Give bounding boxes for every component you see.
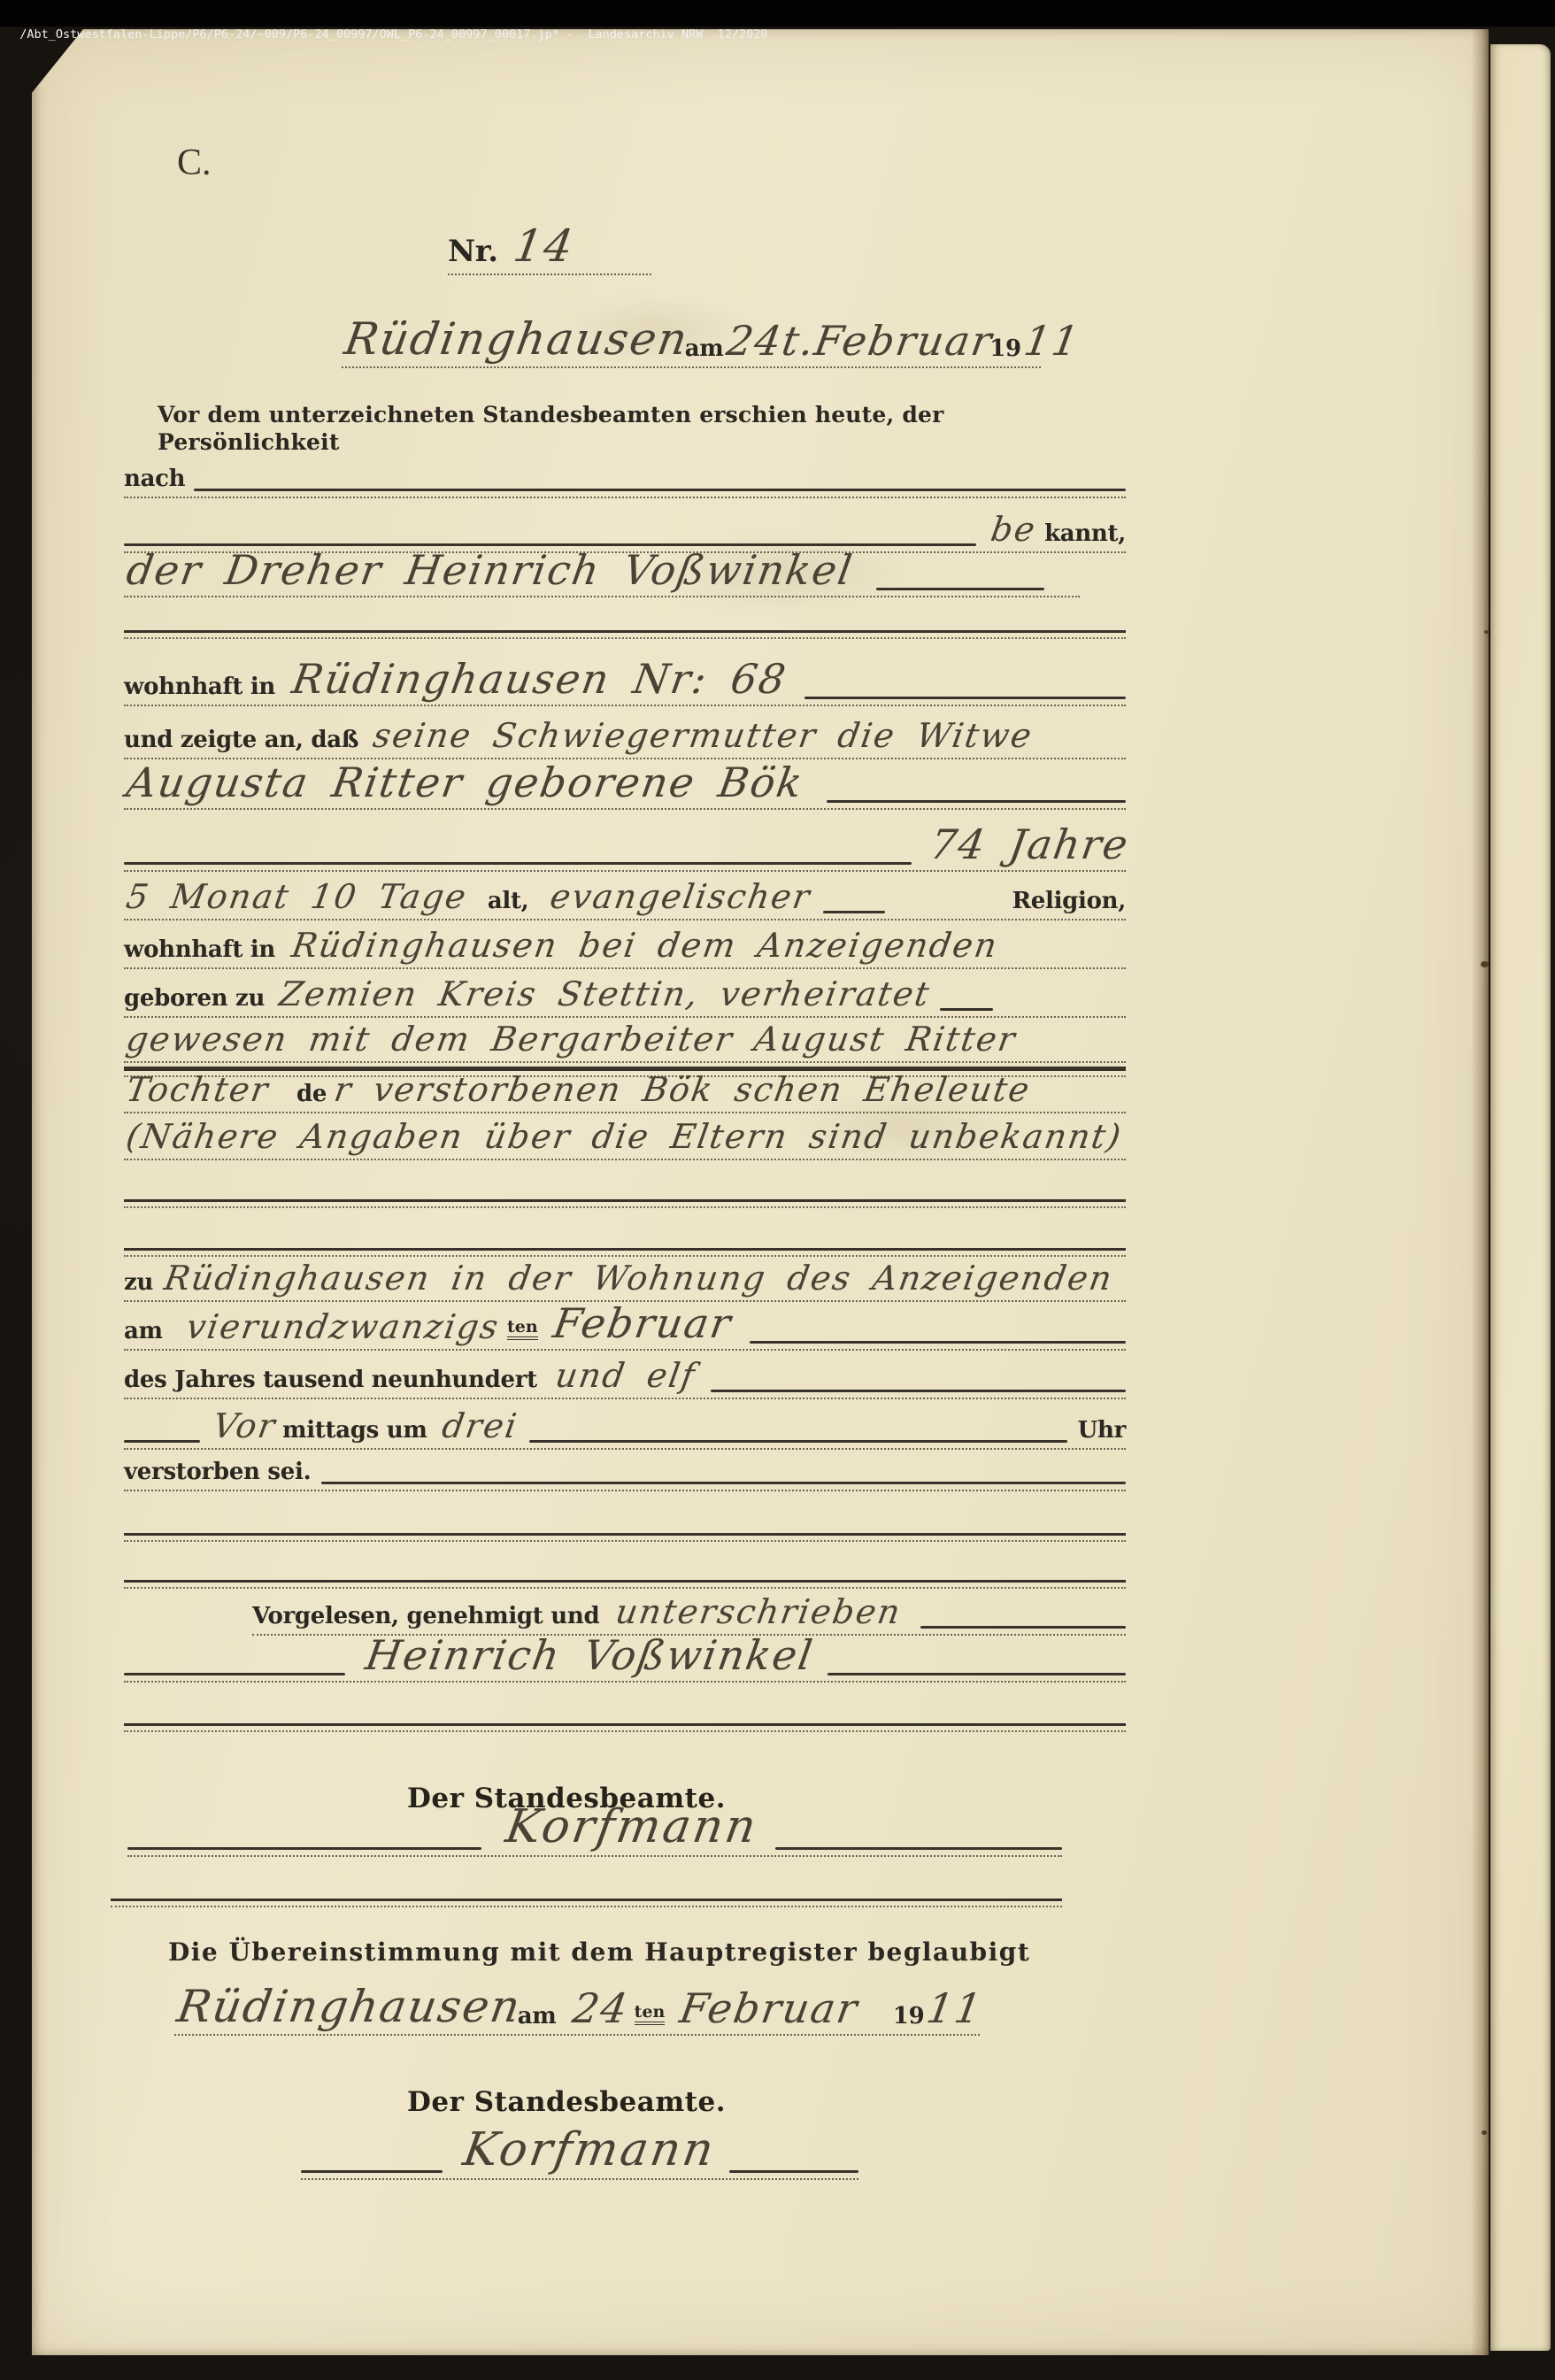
place-date-row: Rüdinghausen am 24t. Februar 19 11 — [342, 290, 1041, 361]
document-page: C. Nr. 14 Rüdinghausen am 24t. Februar 1… — [32, 29, 1489, 2355]
registrar-signature: Korfmann — [503, 1804, 761, 1850]
blank-rule-line — [124, 1533, 1126, 1536]
archive-viewer: { "titlebar": { "text": "/Abt_Ostwestfal… — [0, 0, 1555, 2380]
blank-rule-line — [124, 1199, 1126, 1202]
registrar-signature-bottom: Korfmann — [460, 2127, 719, 2173]
month-value: Februar — [812, 320, 996, 361]
rule-line — [876, 588, 1044, 590]
nach-label: nach — [124, 467, 185, 491]
paper-speck — [1482, 2130, 1487, 2135]
blank-rule-line — [124, 1723, 1126, 1726]
field-death-year-row: des Jahres tausend neunhundert und elf — [124, 1336, 1126, 1392]
declarant-name: der Dreher Heinrich Voßwinkel — [124, 550, 856, 590]
year-handwritten: 11 — [924, 1988, 986, 2029]
field-residence-row: wohnhaft in Rüdinghausen Nr: 68 — [124, 643, 1126, 699]
day-value: 24t. — [724, 320, 819, 361]
field-certify-date-row: Rüdinghausen am 24 ten Februar 19 11 — [174, 1967, 980, 2029]
ten-suffix-label: ten — [635, 2004, 666, 2025]
certify-month-value: Februar — [677, 1988, 861, 2029]
rule-line — [127, 1847, 481, 1850]
field-parents-note-row: (Nähere Angaben über die Eltern sind unb… — [124, 1097, 1126, 1153]
field-deceased-name-row: Augusta Ritter geborene Bök — [124, 746, 1126, 803]
blank-rule-line — [111, 1899, 1062, 1901]
rule-line — [301, 2170, 443, 2173]
year-printed: 19 — [893, 2005, 925, 2029]
field-declarant-signature-row: Heinrich Voßwinkel — [124, 1619, 1126, 1675]
certification-line: Die Übereinstimmung mit dem Hauptregiste… — [168, 1937, 1124, 1968]
record-number-value: 14 — [511, 224, 578, 268]
adjacent-page-edge — [1490, 44, 1551, 2351]
rule-line — [827, 800, 1126, 803]
paper-speck — [1484, 630, 1489, 634]
rule-line — [124, 1673, 345, 1675]
field-notice-row: und zeigte an, daß seine Schwiegermutter… — [124, 696, 1126, 752]
year-printed: 19 — [989, 337, 1021, 361]
blank-rule-line — [124, 630, 1126, 633]
field-declarant-row: der Dreher Heinrich Voßwinkel — [124, 534, 1080, 590]
corner-mark: C. — [177, 144, 212, 181]
field-died-row: verstorben sei. — [124, 1428, 1126, 1484]
record-number-label: Nr. — [448, 236, 498, 268]
declarant-signature: Heinrich Voßwinkel — [363, 1635, 817, 1675]
rule-line — [775, 1847, 1062, 1850]
certify-place-value: Rüdinghausen — [174, 1984, 525, 2029]
deceased-name: Augusta Ritter geborene Bök — [124, 762, 806, 803]
place-value: Rüdinghausen — [342, 317, 692, 361]
verstorben-label: verstorben sei. — [124, 1460, 311, 1484]
file-path-text: /Abt_Ostwestfalen-Lippe/P6/P6-24/~009/P6… — [19, 27, 767, 42]
field-registrar-signature2-row: Korfmann — [301, 2111, 858, 2173]
field-nach-row: nach — [124, 435, 1126, 491]
field-registrar-signature-row: Korfmann — [127, 1788, 1062, 1850]
viewer-titlebar: /Abt_Ostwestfalen-Lippe/P6/P6-24/~009/P6… — [0, 0, 1555, 27]
rule-line — [828, 1673, 1126, 1675]
year-handwritten: 11 — [1021, 320, 1083, 361]
certify-day-value: 24 — [570, 1988, 632, 2029]
am-label: am — [685, 337, 724, 361]
record-number-row: Nr. 14 — [448, 189, 651, 268]
residence-value: Rüdinghausen Nr: 68 — [289, 659, 789, 699]
rule-line — [729, 2170, 858, 2173]
am-label: am — [518, 2005, 557, 2029]
parents-note-value: (Nähere Angaben über die Eltern sind unb… — [124, 1120, 1125, 1153]
rule-line — [321, 1482, 1126, 1484]
paper-speck — [1481, 961, 1489, 967]
field-married-row: gewesen mit dem Bergarbeiter August Ritt… — [124, 999, 1126, 1056]
